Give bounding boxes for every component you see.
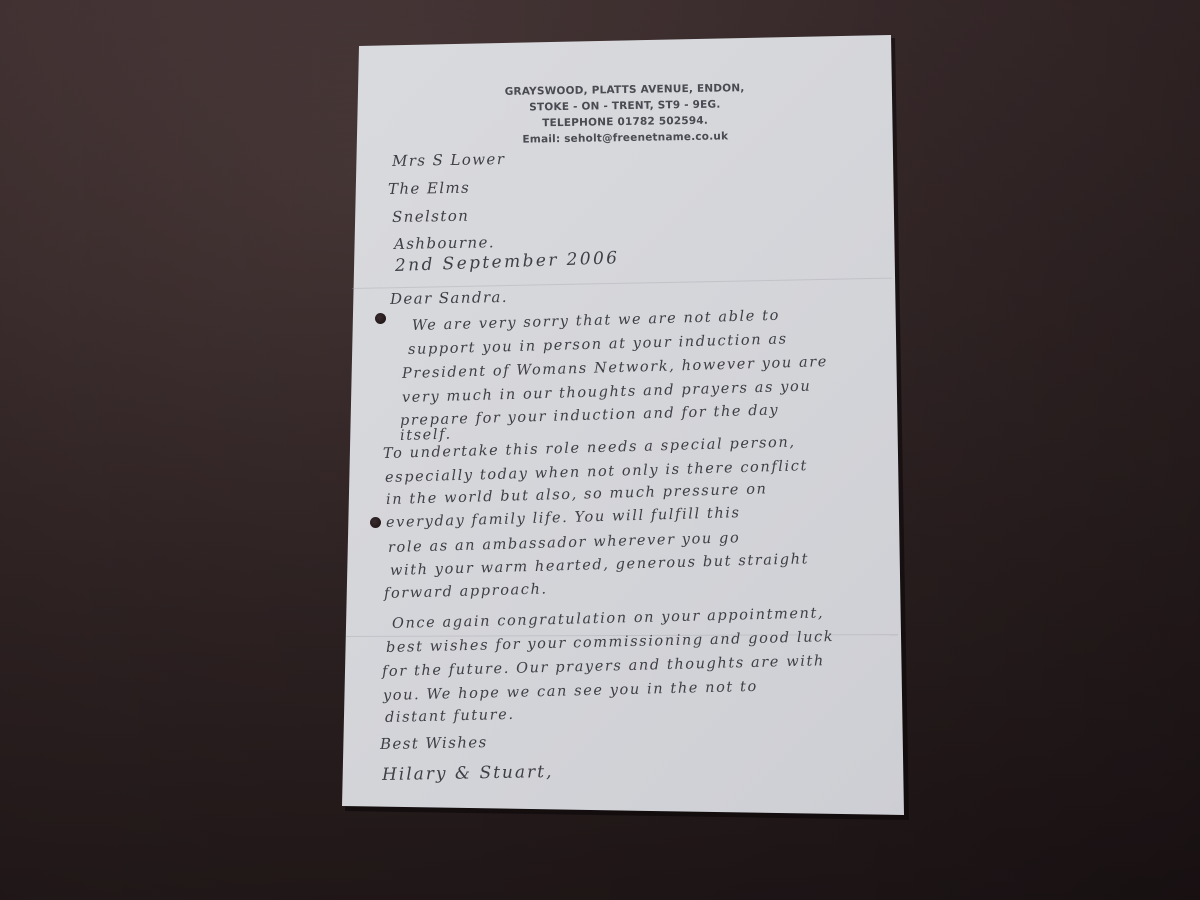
closing: Best Wishes bbox=[380, 733, 488, 753]
signature: Hilary & Stuart, bbox=[382, 762, 554, 785]
recipient-town: Ashbourne. bbox=[394, 233, 495, 253]
recipient-name: Mrs S Lower bbox=[392, 150, 506, 170]
recipient-village: Snelston bbox=[392, 207, 470, 226]
paragraph-3-line: distant future. bbox=[385, 707, 515, 726]
punch-hole-bottom bbox=[370, 517, 381, 528]
punch-hole-top bbox=[375, 313, 386, 324]
recipient-house: The Elms bbox=[388, 179, 470, 198]
letterhead: GRAYSWOOD, PLATTS AVENUE, ENDON, STOKE -… bbox=[500, 80, 751, 148]
paragraph-1-line: itself. bbox=[400, 427, 452, 444]
salutation: Dear Sandra. bbox=[390, 288, 508, 308]
